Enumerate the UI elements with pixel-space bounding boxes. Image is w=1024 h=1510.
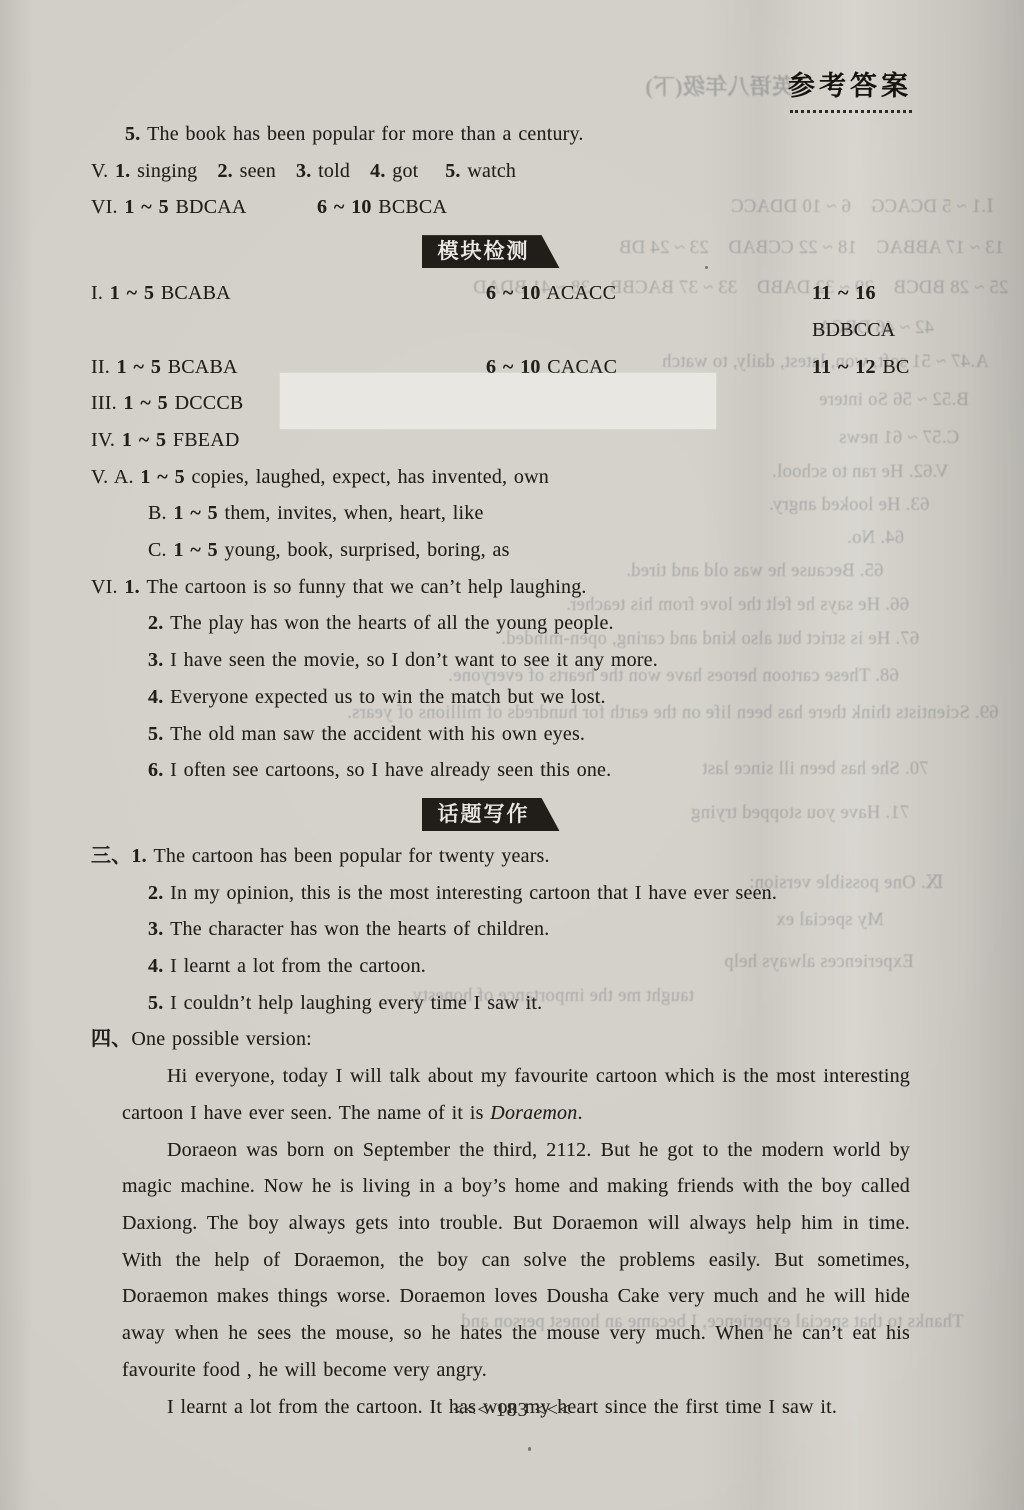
- page-number: <<< 183 <<<: [0, 1399, 1024, 1422]
- answer-sentence: 3. The character has won the hearts of c…: [148, 911, 910, 948]
- answer-sentence: 3. I have seen the movie, so I don’t wan…: [148, 642, 910, 679]
- answer-sentence: 4. I learnt a lot from the cartoon.: [148, 948, 910, 985]
- essay-paragraph: Doraeon was born on September the third,…: [122, 1132, 910, 1389]
- page-title: 参考答案: [788, 64, 912, 103]
- section-banner-module-test: 模块检测: [422, 235, 560, 268]
- answer-sentence: 6. I often see cartoons, so I have alrea…: [148, 752, 910, 789]
- title-dotted-underline: [790, 110, 912, 113]
- scan-speck: [528, 1447, 531, 1451]
- answer-sentence: 三、1. The cartoon has been popular for tw…: [91, 838, 910, 875]
- answer-row-vc: C. 1 ~ 5 young, book, surprised, boring,…: [148, 532, 910, 569]
- answer-sentence: 2. The play has won the hearts of all th…: [148, 605, 910, 642]
- answer-sentence: 5. The old man saw the accident with his…: [148, 716, 910, 753]
- textbook-answer-page: 英语八年级(下) Ⅰ.1 ~ 5 DCACG 6 ~ 10 DDACC 13 ~…: [0, 0, 1024, 1510]
- answer-row-1: I. 1 ~ 5 BCABA 6 ~ 10 ACACC 11 ~ 16 BDBC…: [91, 275, 910, 348]
- section-banner-topic-writing: 话题写作: [422, 798, 560, 831]
- essay-paragraph: Hi everyone, today I will talk about my …: [122, 1058, 910, 1131]
- answer-sentence: 2. In my opinion, this is the most inter…: [148, 875, 910, 912]
- answer-sentence: 5. The book has been popular for more th…: [125, 116, 910, 153]
- answer-row-v: V. 1. singing 2. seen 3. told 4. got 5. …: [91, 153, 910, 190]
- answers-content: 5. The book has been popular for more th…: [0, 0, 1024, 1425]
- answer-row-vb: B. 1 ~ 5 them, invites, when, heart, lik…: [148, 495, 910, 532]
- banner-label: 模块检测: [438, 235, 530, 268]
- answer-sentence: VI. 1. The cartoon is so funny that we c…: [91, 569, 910, 606]
- answer-row-vi: VI. 1 ~ 5 BDCAA 6 ~ 10 BCBCA: [91, 189, 910, 226]
- answer-sentence: 4. Everyone expected us to win the match…: [148, 679, 910, 716]
- scan-speck: [705, 266, 708, 269]
- answer-row-va: V. A. 1 ~ 5 copies, laughed, expect, has…: [91, 459, 910, 496]
- answer-sentence: 四、One possible version:: [91, 1021, 910, 1058]
- whiteout-patch: [280, 373, 716, 429]
- answer-sentence: 5. I couldn’t help laughing every time I…: [148, 985, 910, 1022]
- banner-label: 话题写作: [438, 798, 530, 831]
